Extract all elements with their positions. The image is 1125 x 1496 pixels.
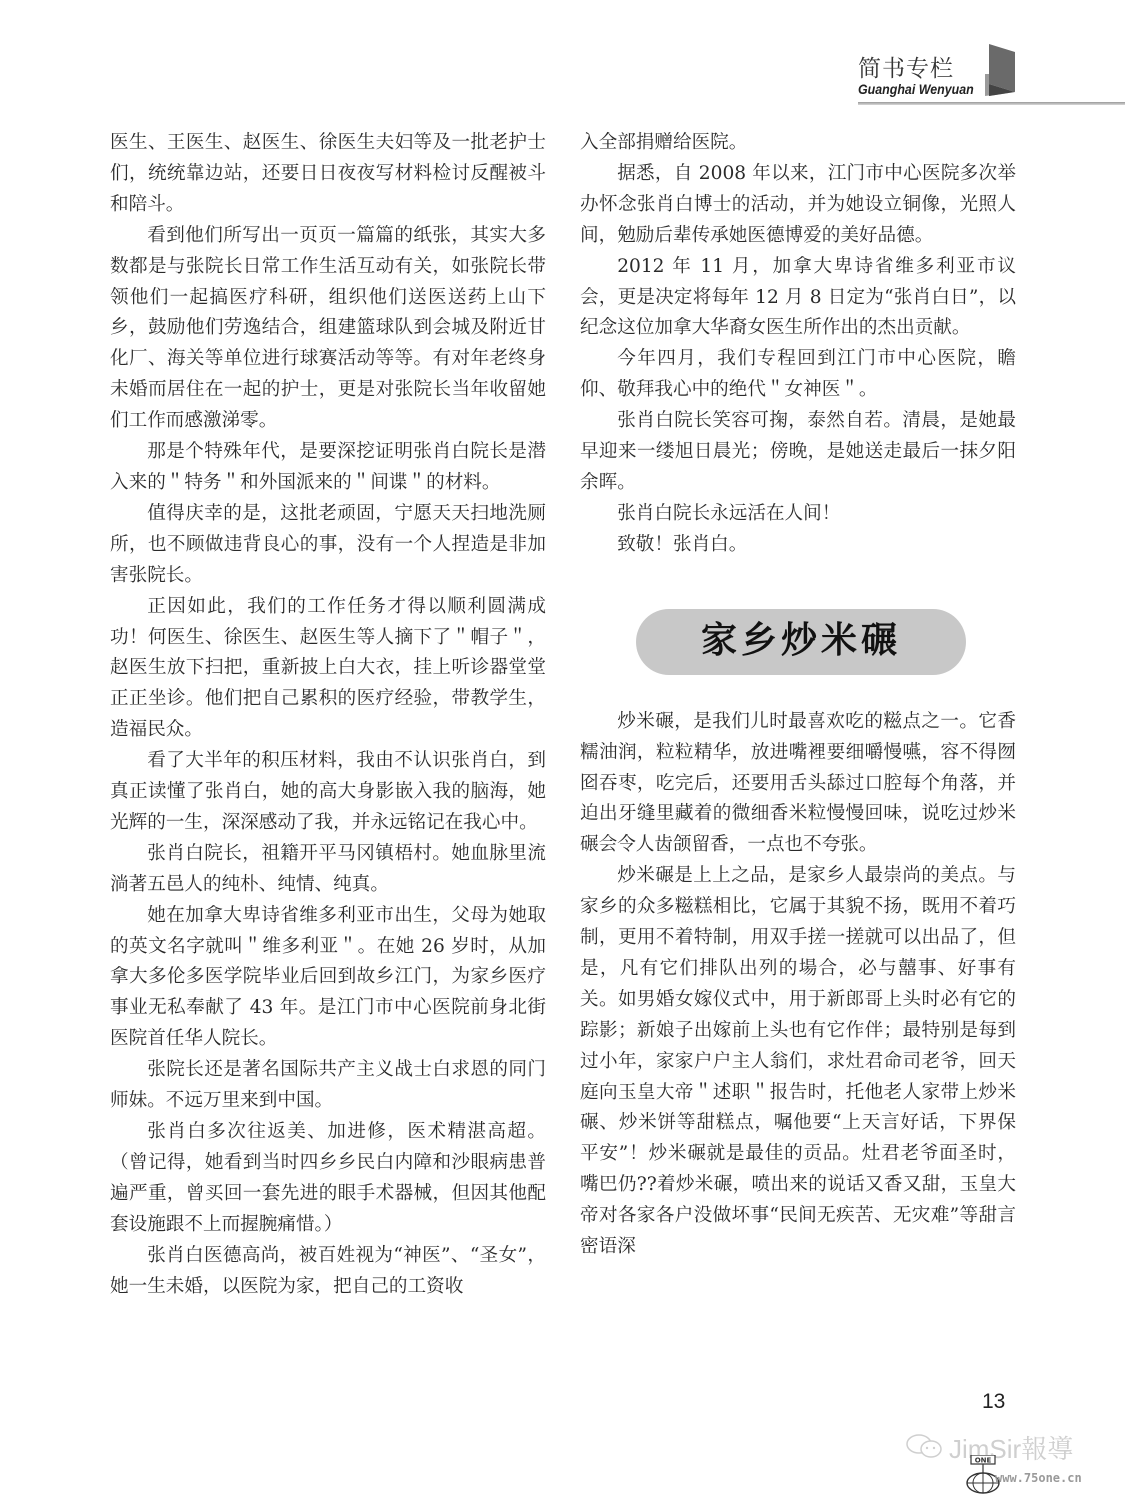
paragraph: 张肖白医德高尚，被百姓视为“神医”、“圣女”，她一生未婚，以医院为家，把自己的工… [110, 1241, 546, 1303]
paragraph: 据悉，自 2008 年以来，江门市中心医院多次举办怀念张肖白博士的活动，并为她设… [580, 159, 1016, 252]
paragraph: 张肖白院长，祖籍开平马冈镇梧村。她血脉里流淌著五邑人的纯朴、纯情、纯真。 [110, 839, 546, 901]
paragraph: 值得庆幸的是，这批老顽固，宁愿天天扫地洗厕所，也不顾做违背良心的事，没有一个人捏… [110, 499, 546, 592]
header-divider [858, 102, 1125, 105]
paragraph: 张肖白多次往返美、加进修，医术精湛高超。（曾记得，她看到当时四乡乡民白内障和沙眼… [110, 1117, 546, 1241]
left-column: 医生、王医生、赵医生、徐医生夫妇等及一批老护士们，统统靠边站，还要日日夜夜写材料… [110, 128, 546, 1302]
right-column: 入全部捐赠给医院。 据悉，自 2008 年以来，江门市中心医院多次举办怀念张肖白… [580, 128, 1016, 1263]
section-title-pill: 家乡炒米碾 [636, 609, 966, 675]
wechat-icon [905, 1433, 945, 1459]
column-title: 简书专栏 [858, 50, 954, 83]
paragraph: 入全部捐赠给医院。 [580, 128, 1016, 159]
paragraph: 张院长还是著名国际共产主义战士白求恩的同门师妹。不远万里来到中国。 [110, 1055, 546, 1117]
watermark: JimSir報導 ONE www.75one.cn [905, 1425, 1120, 1495]
svg-text:ONE: ONE [975, 1457, 992, 1465]
paragraph: 2012 年 11 月，加拿大卑诗省维多利亚市议会，更是决定将每年 12 月 8… [580, 252, 1016, 345]
paragraph: 张肖白院长笑容可掬，泰然自若。清晨，是她最早迎来一缕旭日晨光；傍晚，是她送走最后… [580, 406, 1016, 499]
section-title: 家乡炒米碾 [701, 626, 901, 657]
paragraph: 正因如此，我们的工作任务才得以顺利圆满成功！何医生、徐医生、赵医生等人摘下了＂帽… [110, 592, 546, 747]
paragraph: 看到他们所写出一页页一篇篇的纸张，其实大多数都是与张院长日常工作生活互动有关，如… [110, 221, 546, 437]
paragraph: 张肖白院长永远活在人间！ [580, 499, 1016, 530]
paragraph: 看了大半年的积压材料，我由不认识张肖白，到真正读懂了张肖白，她的高大身影嵌入我的… [110, 746, 546, 839]
paragraph: 炒米碾是上上之品，是家乡人最崇尚的美点。与家乡的众多糍糕相比，它属于其貌不扬，既… [580, 861, 1016, 1263]
page-number: 13 [982, 1390, 1005, 1414]
paragraph: 医生、王医生、赵医生、徐医生夫妇等及一批老护士们，统统靠边站，还要日日夜夜写材料… [110, 128, 546, 221]
paragraph: 那是个特殊年代，是要深挖证明张肖白院长是潜入来的＂特务＂和外国派来的＂间谍＂的材… [110, 437, 546, 499]
column-subtitle: Guanghai Wenyuan [858, 82, 974, 97]
paragraph: 致敬！张肖白。 [580, 530, 1016, 561]
paragraph: 炒米碾，是我们儿时最喜欢吃的糍点之一。它香糯油润，粒粒精华，放进嘴裡要细嚼慢嚥，… [580, 707, 1016, 862]
paragraph: 她在加拿大卑诗省维多利亚市出生，父母为她取的英文名字就叫＂维多利亚＂。在她 26… [110, 901, 546, 1056]
folded-bookmark-icon [985, 44, 1017, 96]
paragraph: 今年四月，我们专程回到江门市中心医院，瞻仰、敬拜我心中的绝代＂女神医＂。 [580, 344, 1016, 406]
page-header: 简书专栏 Guanghai Wenyuan [0, 40, 1125, 110]
watermark-url: www.75one.cn [995, 1471, 1082, 1485]
